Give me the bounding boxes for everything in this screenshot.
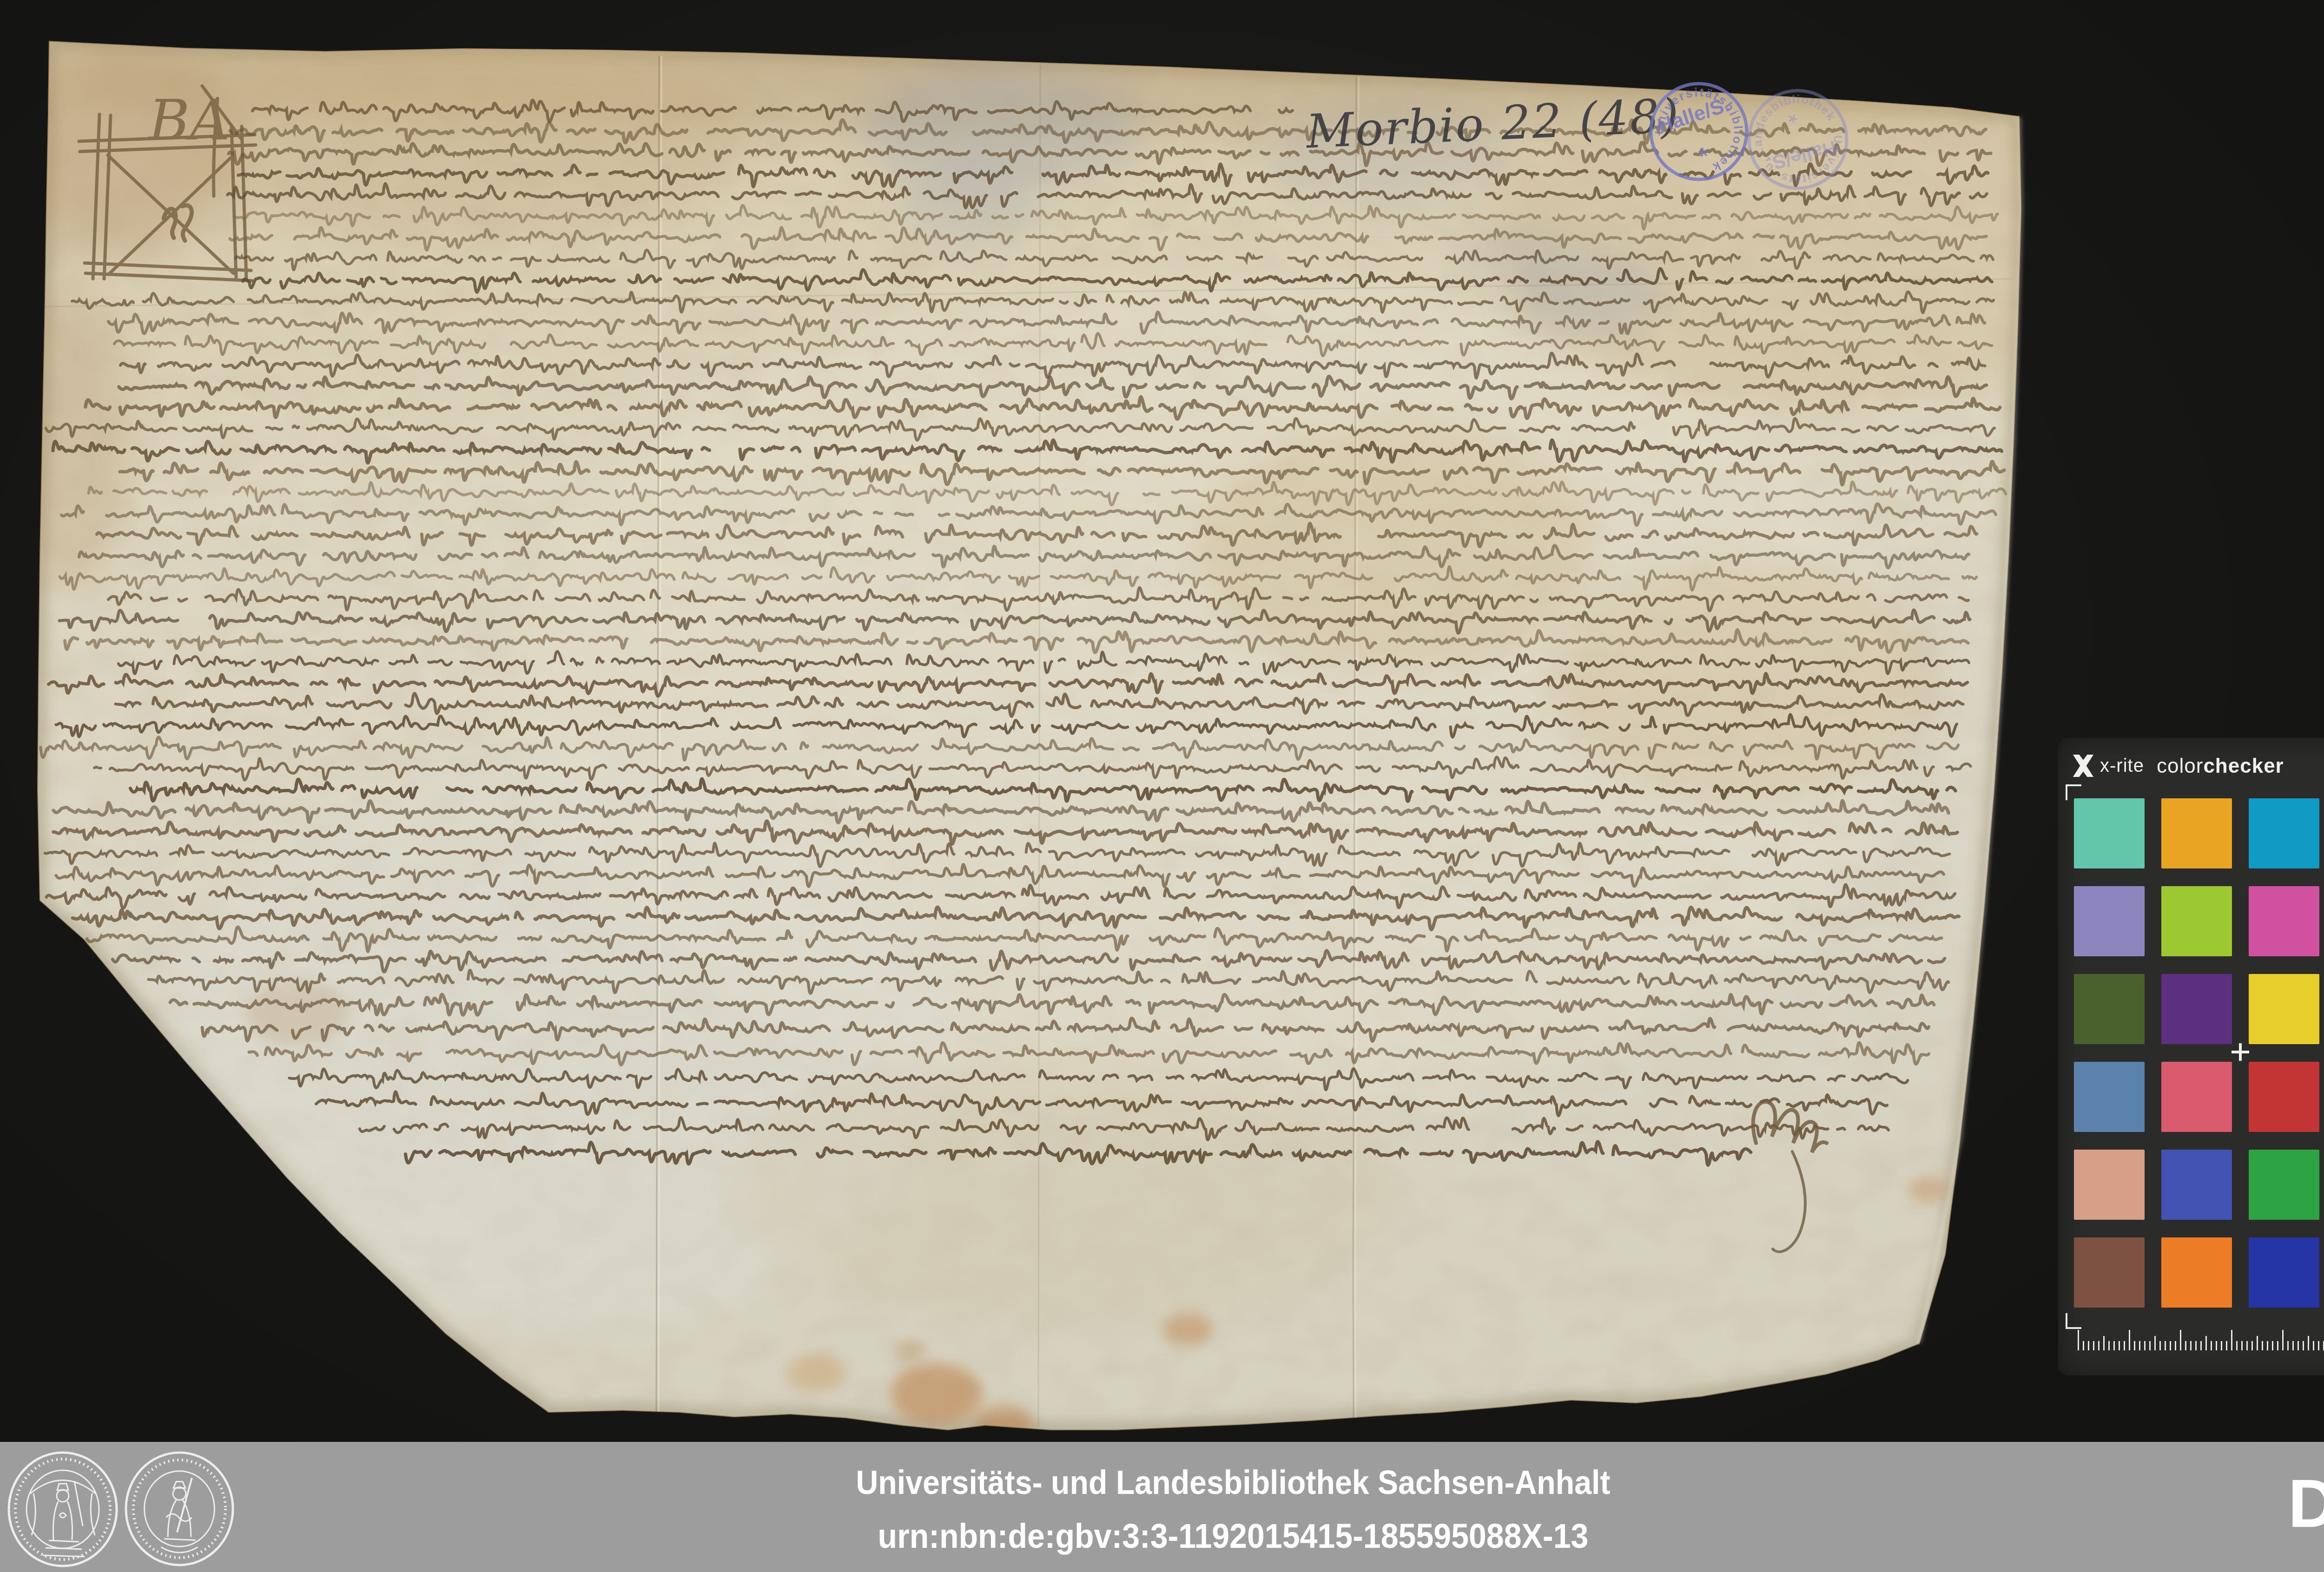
- ruler-tick: [2124, 1341, 2125, 1350]
- ruler-tick: [2246, 1341, 2248, 1350]
- ruler-tick: [2175, 1341, 2176, 1350]
- patch-yellow: [2249, 974, 2319, 1044]
- patch-dark-skin: [2074, 1237, 2145, 1308]
- patch-blue: [2249, 1237, 2319, 1308]
- ruler-tick: [2083, 1341, 2084, 1350]
- colorchecker-card: x-rite colorchecker CLASSIC mm: [2058, 738, 2324, 1375]
- parchment-document: BA Morbio 22 (48) Universitätsbibliothek: [0, 0, 2324, 1572]
- ruler-tick: [2262, 1341, 2263, 1350]
- footer-text: Universitäts- und Landesbibliothek Sachs…: [823, 1466, 1643, 1553]
- colorchecker-label-light: color: [2157, 755, 2203, 777]
- urn-identifier: urn:nbn:de:gbv:3:3-1192015415-185595088X…: [856, 1519, 1610, 1553]
- ruler-tick: [2154, 1336, 2156, 1350]
- ruler-tick: [2205, 1336, 2207, 1350]
- ruler-tick: [2318, 1341, 2319, 1350]
- ruler-tick: [2282, 1330, 2284, 1350]
- patch-purple: [2161, 974, 2232, 1044]
- ruler-tick: [2257, 1336, 2258, 1350]
- ruler-tick: [2119, 1341, 2120, 1350]
- footer-bar: Universitäts- und Landesbibliothek Sachs…: [0, 1442, 2324, 1572]
- ruler: [2078, 1329, 2324, 1350]
- ruler-tick: [2226, 1341, 2227, 1350]
- center-cross-mark: [2232, 1043, 2249, 1061]
- ruler-tick: [2149, 1341, 2151, 1350]
- ruler-tick: [2088, 1341, 2089, 1350]
- colorchecker-header: x-rite colorchecker CLASSIC: [2058, 751, 2324, 783]
- crop-mark-bottom-left: [2066, 1313, 2081, 1329]
- ruler-tick: [2093, 1341, 2094, 1350]
- ruler-tick: [2139, 1341, 2140, 1350]
- ruler-tick: [2159, 1341, 2161, 1350]
- xrite-x-icon: [2072, 755, 2094, 777]
- ruler-tick: [2267, 1341, 2268, 1350]
- patch-magenta: [2249, 886, 2319, 956]
- dfg-logo: DFG: [2288, 1465, 2324, 1543]
- digitized-manuscript-scan: BA Morbio 22 (48) Universitätsbibliothek: [0, 0, 2324, 1572]
- ruler-tick: [2298, 1341, 2299, 1350]
- ruler-tick: [2287, 1341, 2289, 1350]
- ruler-tick: [2180, 1330, 2181, 1350]
- patch-blue-sky: [2074, 1062, 2145, 1132]
- ruler-tick: [2221, 1341, 2222, 1350]
- ruler-tick: [2308, 1336, 2309, 1350]
- patch-cyan: [2249, 798, 2319, 868]
- ruler-tick: [2277, 1341, 2278, 1350]
- ruler-tick: [2098, 1341, 2100, 1350]
- ruler-tick: [2251, 1341, 2253, 1350]
- ruler-tick: [2216, 1341, 2217, 1350]
- ruler-tick: [2078, 1330, 2079, 1350]
- xrite-brand-label: x-rite: [2100, 756, 2144, 776]
- ruler-tick: [2190, 1341, 2192, 1350]
- patch-yellow-green: [2161, 886, 2232, 956]
- ruler-tick: [2108, 1341, 2110, 1350]
- ruler-tick: [2113, 1341, 2115, 1350]
- ruler-tick: [2211, 1341, 2212, 1350]
- patch-moderate-red: [2161, 1062, 2232, 1132]
- patch-orange: [2161, 1237, 2232, 1308]
- university-seal-right: [122, 1449, 237, 1568]
- ruler-tick: [2292, 1341, 2294, 1350]
- patch-light-skin: [2074, 1150, 2145, 1220]
- ruler-tick: [2134, 1341, 2135, 1350]
- ruler-tick: [2241, 1341, 2243, 1350]
- patch-bluish-green: [2074, 798, 2145, 868]
- patch-green: [2249, 1150, 2319, 1220]
- library-name: Universitäts- und Landesbibliothek Sachs…: [856, 1466, 1610, 1500]
- ruler-tick: [2129, 1330, 2130, 1350]
- patch-purplish-blue: [2161, 1150, 2232, 1220]
- patch-orange-yellow: [2161, 798, 2232, 868]
- patch-red: [2249, 1062, 2319, 1132]
- ruler-tick: [2103, 1336, 2105, 1350]
- ruler-tick: [2195, 1341, 2197, 1350]
- ruler-tick: [2170, 1341, 2171, 1350]
- patch-grid: [2074, 798, 2324, 1308]
- ruler-tick: [2200, 1341, 2202, 1350]
- colorchecker-label: colorchecker: [2157, 755, 2284, 778]
- crop-mark-top-left: [2066, 784, 2081, 800]
- patch-blue-flower: [2074, 886, 2145, 956]
- ruler-tick: [2231, 1330, 2232, 1350]
- university-seal-left: [5, 1449, 121, 1569]
- ruler-tick: [2144, 1341, 2146, 1350]
- colorchecker-label-bold: checker: [2203, 755, 2284, 777]
- ruler-tick: [2303, 1341, 2304, 1350]
- ruler-tick: [2185, 1341, 2186, 1350]
- ruler-tick: [2165, 1341, 2166, 1350]
- xrite-logo: x-rite: [2072, 755, 2144, 777]
- ruler-tick: [2236, 1341, 2238, 1350]
- patch-foliage: [2074, 974, 2145, 1044]
- ruler-tick: [2313, 1341, 2314, 1350]
- ruler-tick: [2272, 1341, 2273, 1350]
